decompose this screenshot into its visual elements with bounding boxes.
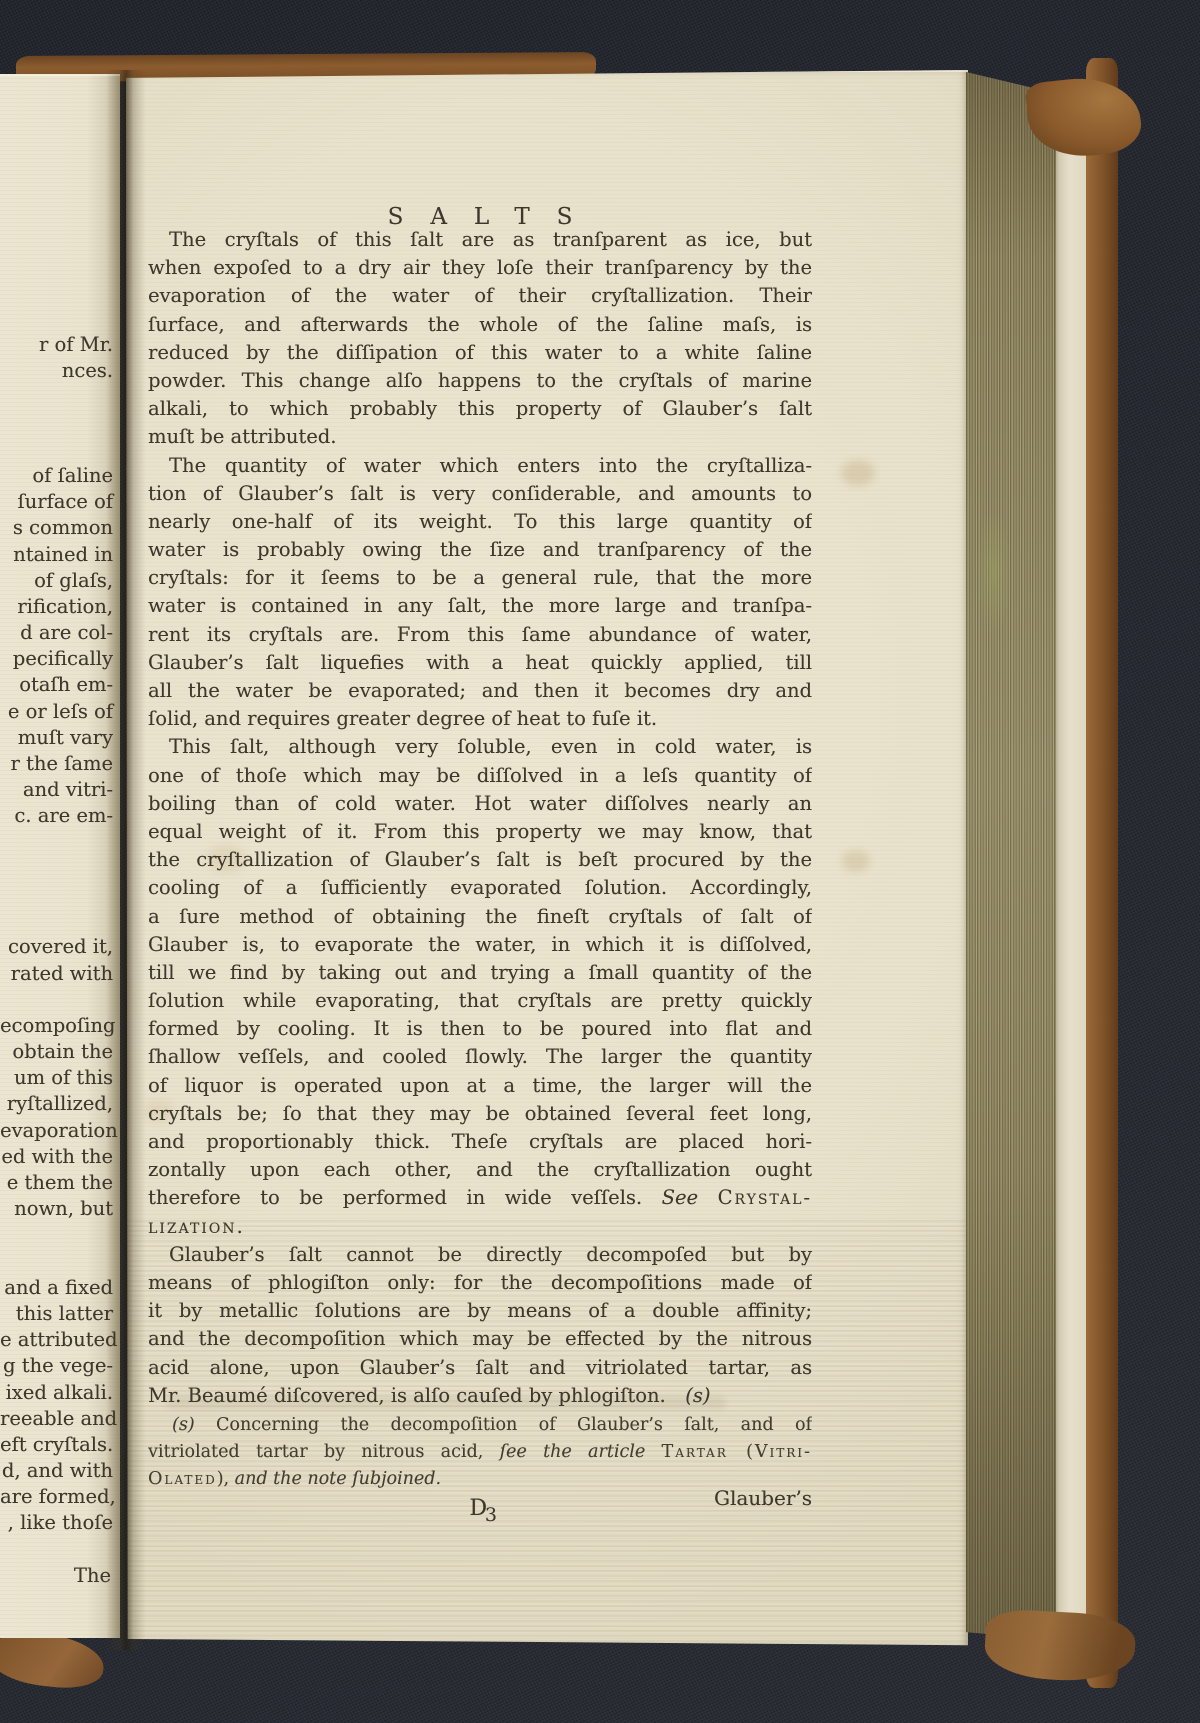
left-page-gap xyxy=(0,882,113,908)
left-page-text-line: d, and with xyxy=(0,1458,113,1484)
left-page-text-line: nown, but xyxy=(0,1196,113,1222)
text-line: a ſure method of obtaining the fineſt cr… xyxy=(148,903,812,931)
text-line: the cryſtallization of Glauber’s ſalt is… xyxy=(148,846,812,874)
left-page-text-line: e or leſs of xyxy=(0,699,113,725)
text-line: till we find by taking out and trying a … xyxy=(148,959,812,987)
text-line: cooling of a ſufficiently evaporated ſol… xyxy=(148,874,812,902)
left-page-gap xyxy=(0,411,113,437)
left-page-gap xyxy=(0,856,113,882)
text-line: cryſtals: for it ſeems to be a general r… xyxy=(148,564,812,592)
text-line: (s) Concerning the decompoſition of Glau… xyxy=(148,1412,812,1439)
text-line: it by metallic ſolutions are by means of… xyxy=(148,1297,812,1325)
left-page-text-line: covered it, xyxy=(0,934,113,960)
left-page-text-line: e them the xyxy=(0,1170,113,1196)
text-line: This ſalt, although very ſoluble, even i… xyxy=(148,733,812,761)
text-line: powder. This change alſo happens to the … xyxy=(148,367,812,395)
text-line: ſurface, and afterwards the whole of the… xyxy=(148,311,812,339)
left-page-text-line: um of this xyxy=(0,1065,113,1091)
text-line: The cryſtals of this ſalt are as tranſpa… xyxy=(148,226,812,254)
left-page-text-line: evaporation xyxy=(0,1118,113,1144)
book-cover-leather xyxy=(1086,58,1118,1688)
left-page-gap xyxy=(0,987,113,1013)
left-page-text-line: ecompoſing xyxy=(0,1013,113,1039)
book-endpaper xyxy=(1056,88,1090,1660)
left-page-text-line: r of Mr. xyxy=(0,332,113,358)
left-page-lines: r of Mr.nces.of ſalineſurface ofs common… xyxy=(0,332,113,1589)
text-line: acid alone, upon Glauber’s ſalt and vitr… xyxy=(148,1354,812,1382)
left-page-text-line: and a fixed xyxy=(0,1275,113,1301)
left-page-gap xyxy=(0,437,113,463)
text-line: equal weight of it. From this property w… xyxy=(148,818,812,846)
left-page-text-line: ryſtallized, xyxy=(0,1091,113,1117)
text-line: and proportionably thick. Theſe cryſtals… xyxy=(148,1128,812,1156)
left-page-text-line: g the vege- xyxy=(0,1353,113,1379)
text-line: rent its cryſtals are. From this ſame ab… xyxy=(148,621,812,649)
body-text: The cryſtals of this ſalt are as tranſpa… xyxy=(148,226,812,1410)
left-page-gap xyxy=(0,1537,113,1563)
text-line: and the decompoſition which may be effec… xyxy=(148,1325,812,1353)
left-page-text-line: e attributed xyxy=(0,1327,113,1353)
text-line: cryſtals be; ſo that they may be obtaine… xyxy=(148,1100,812,1128)
left-page-gap xyxy=(0,1222,113,1248)
text-line: one of thoſe which may be diſſolved in a… xyxy=(148,762,812,790)
left-page-text-line: of ſaline xyxy=(0,463,113,489)
text-line: water is probably owing the ſize and tra… xyxy=(148,536,812,564)
text-line: nearly one-half of its weight. To this l… xyxy=(148,508,812,536)
left-page-text-line: c. are em- xyxy=(0,803,113,829)
left-page-gap xyxy=(0,1249,113,1275)
left-page-text-line: , like thoſe xyxy=(0,1510,113,1536)
book-fore-edge xyxy=(966,72,1058,1640)
left-page-text-line: and vitri- xyxy=(0,777,113,803)
left-page-text-line: nces. xyxy=(0,358,113,384)
left-page-text-line: pecifically xyxy=(0,646,113,672)
left-page-catchword: The xyxy=(0,1563,113,1589)
text-line: tion of Glauber’s ſalt is very conſidera… xyxy=(148,480,812,508)
left-page-text-line: reeable and xyxy=(0,1406,113,1432)
text-line: Olated), and the note ſubjoined. xyxy=(148,1466,812,1493)
left-page-text-line: are formed, xyxy=(0,1484,113,1510)
left-page-text-line: ed with the xyxy=(0,1144,113,1170)
left-page-gap xyxy=(0,384,113,410)
text-line: The quantity of water which enters into … xyxy=(148,452,812,480)
text-line: ſhallow veſſels, and cooled ſlowly. The … xyxy=(148,1043,812,1071)
text-line: zontally upon each other, and the cryſta… xyxy=(148,1156,812,1184)
book-photo: r of Mr.nces.of ſalineſurface ofs common… xyxy=(0,0,1200,1723)
left-page-text-line: rification, xyxy=(0,594,113,620)
text-line: water is contained in any ſalt, the more… xyxy=(148,592,812,620)
left-page-text-line: ſurface of xyxy=(0,489,113,515)
text-line: alkali, to which probably this property … xyxy=(148,395,812,423)
text-line: Glauber is, to evaporate the water, in w… xyxy=(148,931,812,959)
text-line: formed by cooling. It is then to be pour… xyxy=(148,1015,812,1043)
left-page-text-line: muſt vary xyxy=(0,725,113,751)
catchword: Glauber’s xyxy=(714,1486,812,1510)
left-page-text-line: s common xyxy=(0,515,113,541)
text-line: evaporation of the water of their cryſta… xyxy=(148,282,812,310)
left-page-text-line: of glaſs, xyxy=(0,568,113,594)
text-line: therefore to be performed in wide veſſel… xyxy=(148,1184,812,1212)
text-line: boiling than of cold water. Hot water di… xyxy=(148,790,812,818)
text-line: vitriolated tartar by nitrous acid, ſee … xyxy=(148,1439,812,1466)
left-page-text-line: ntained in xyxy=(0,542,113,568)
text-line: muſt be attributed. xyxy=(148,423,812,451)
text-line: ſolid, and requires greater degree of he… xyxy=(148,705,812,733)
left-page-gap xyxy=(0,830,113,856)
footnote: (s) Concerning the decompoſition of Glau… xyxy=(148,1412,812,1493)
text-line: all the water be evaporated; and then it… xyxy=(148,677,812,705)
left-page-text-line: d are col- xyxy=(0,620,113,646)
left-page-text-line: eft cryſtals. xyxy=(0,1432,113,1458)
signature-row: D 3 Glauber’s xyxy=(148,1492,812,1526)
paper-stain xyxy=(842,850,870,872)
left-page-text-line: ixed alkali. xyxy=(0,1380,113,1406)
signature-number: 3 xyxy=(485,1504,497,1526)
text-line: Mr. Beaumé diſcovered, is alſo cauſed by… xyxy=(148,1382,812,1410)
text-line: ſolution while evaporating, that cryſtal… xyxy=(148,987,812,1015)
left-page-text-line: otaſh em- xyxy=(0,672,113,698)
text-line: reduced by the diſſipation of this water… xyxy=(148,339,812,367)
text-line: means of phlogiſton only: for the decomp… xyxy=(148,1269,812,1297)
text-line: Glauber’s ſalt cannot be directly decomp… xyxy=(148,1241,812,1269)
left-page: r of Mr.nces.of ſalineſurface ofs common… xyxy=(0,74,120,1638)
text-line: when expoſed to a dry air they loſe thei… xyxy=(148,254,812,282)
left-page-gap xyxy=(0,908,113,934)
left-page-text-line: obtain the xyxy=(0,1039,113,1065)
right-page: SALTS The cryſtals of this ſalt are as t… xyxy=(126,70,968,1650)
left-page-text-line: r the ſame xyxy=(0,751,113,777)
text-line: Glauber’s ſalt liquefies with a heat qui… xyxy=(148,649,812,677)
left-page-text-line: rated with xyxy=(0,961,113,987)
text-line: of liquor is operated upon at a time, th… xyxy=(148,1072,812,1100)
left-page-text-line: this latter xyxy=(0,1301,113,1327)
text-line: lization. xyxy=(148,1213,812,1241)
paper-stain xyxy=(841,460,875,486)
